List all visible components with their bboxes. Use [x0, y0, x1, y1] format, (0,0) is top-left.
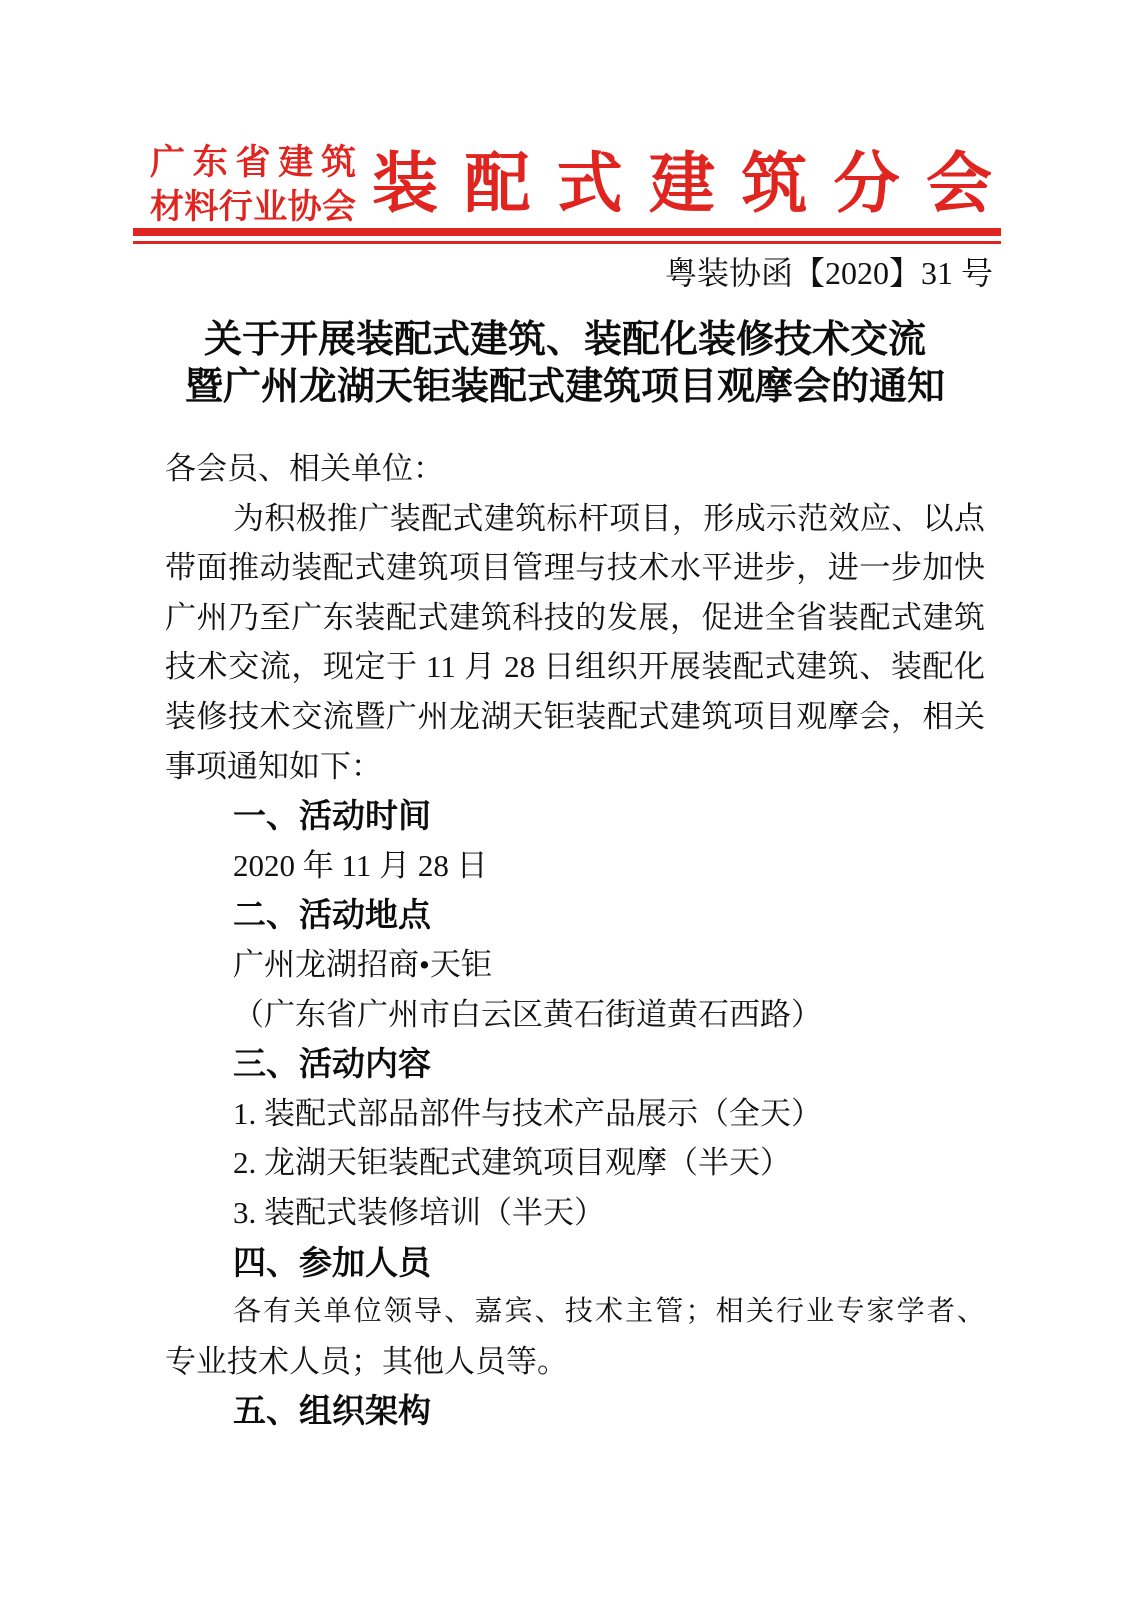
- notice-title-line1: 关于开展装配式建筑、装配化装修技术交流: [105, 317, 1025, 364]
- notice-body: 各会员、相关单位： 为积极推广装配式建筑标杆项目，形成示范效应、以点 带面推动装…: [165, 444, 985, 1436]
- section-line-content-item-2: 2. 龙湖天钜装配式建筑项目观摩（半天）: [165, 1138, 985, 1188]
- section-heading-activity-place: 二、活动地点: [165, 890, 985, 940]
- notice-title: 关于开展装配式建筑、装配化装修技术交流 暨广州龙湖天钜装配式建筑项目观摩会的通知: [105, 317, 1025, 411]
- branch-name-title: 装配式建筑分会: [372, 144, 992, 222]
- intro-paragraph-line: 为积极推广装配式建筑标杆项目，形成示范效应、以点: [165, 494, 985, 544]
- intro-paragraph-line: 装修技术交流暨广州龙湖天钜装配式建筑项目观摩会，相关: [165, 692, 985, 742]
- intro-paragraph-line: 广州乃至广东装配式建筑科技的发展，促进全省装配式建筑: [165, 593, 985, 643]
- letterhead-rule-thick: [133, 228, 1001, 236]
- org-name-block: 广东省建筑 材料行业协会: [150, 140, 356, 230]
- intro-paragraph-line: 技术交流，现定于 11 月 28 日组织开展装配式建筑、装配化: [165, 642, 985, 692]
- section-line-participants-2: 专业技术人员；其他人员等。: [165, 1337, 985, 1387]
- section-heading-activity-content: 三、活动内容: [165, 1039, 985, 1089]
- org-name-line1: 广东省建筑: [150, 140, 356, 185]
- document-number: 粤装协函【2020】31 号: [133, 252, 993, 294]
- section-heading-participants: 四、参加人员: [165, 1238, 985, 1288]
- salutation: 各会员、相关单位：: [165, 444, 985, 494]
- intro-paragraph-line: 事项通知如下：: [165, 742, 985, 792]
- section-heading-organization: 五、组织架构: [165, 1386, 985, 1436]
- section-line-content-item-3: 3. 装配式装修培训（半天）: [165, 1188, 985, 1238]
- section-heading-activity-time: 一、活动时间: [165, 791, 985, 841]
- section-line-venue: 广州龙湖招商•天钜: [165, 940, 985, 990]
- notice-document-page: 广东省建筑 材料行业协会 装配式建筑分会 粤装协函【2020】31 号 关于开展…: [0, 0, 1131, 1600]
- notice-title-line2: 暨广州龙湖天钜装配式建筑项目观摩会的通知: [105, 364, 1025, 411]
- section-line-activity-date: 2020 年 11 月 28 日: [165, 841, 985, 891]
- intro-paragraph-line: 带面推动装配式建筑项目管理与技术水平进步，进一步加快: [165, 543, 985, 593]
- section-line-content-item-1: 1. 装配式部品部件与技术产品展示（全天）: [165, 1089, 985, 1139]
- section-line-address: （广东省广州市白云区黄石街道黄石西路）: [165, 990, 985, 1040]
- section-line-participants-1: 各有关单位领导、嘉宾、技术主管；相关行业专家学者、: [165, 1287, 985, 1337]
- org-name-line2: 材料行业协会: [150, 185, 356, 230]
- letterhead-rule-thin: [133, 241, 1001, 244]
